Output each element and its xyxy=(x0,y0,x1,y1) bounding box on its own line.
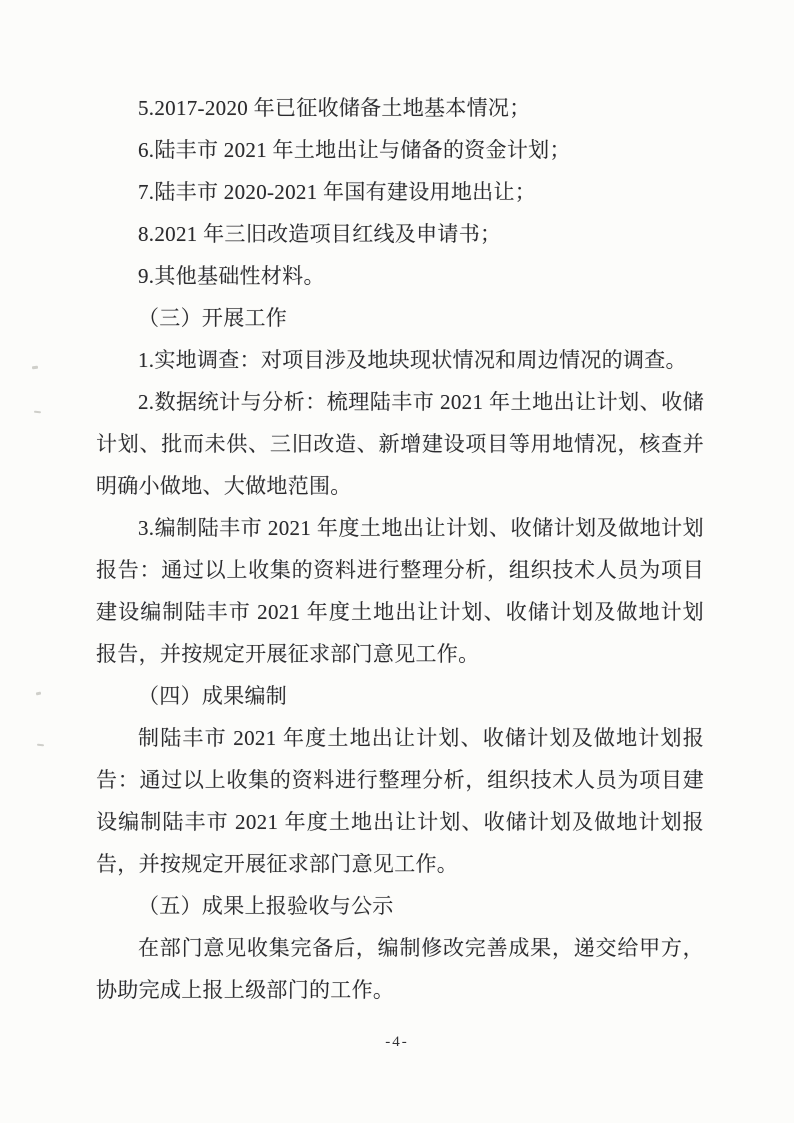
task-item-3: 3.编制陆丰市 2021 年度土地出让计划、收储计划及做地计划报告：通过以上收集… xyxy=(96,507,704,675)
list-item-7: 7.陆丰市 2020-2021 年国有建设用地出让； xyxy=(96,171,704,213)
document-body: 5.2017-2020 年已征收储备土地基本情况； 6.陆丰市 2021 年土地… xyxy=(96,87,704,1011)
list-item-5: 5.2017-2020 年已征收储备土地基本情况； xyxy=(96,87,704,129)
scan-artifact xyxy=(32,366,38,370)
task-item-2: 2.数据统计与分析：梳理陆丰市 2021 年土地出让计划、收储计划、批而未供、三… xyxy=(96,381,704,507)
list-item-8: 8.2021 年三旧改造项目红线及申请书； xyxy=(96,213,704,255)
section-heading-5: （五）成果上报验收与公示 xyxy=(96,885,704,927)
task-item-1: 1.实地调查：对项目涉及地块现状情况和周边情况的调查。 xyxy=(96,339,704,381)
scan-artifact xyxy=(34,411,41,414)
paragraph: 制陆丰市 2021 年度土地出让计划、收储计划及做地计划报告：通过以上收集的资料… xyxy=(96,717,704,885)
document-page: 5.2017-2020 年已征收储备土地基本情况； 6.陆丰市 2021 年土地… xyxy=(0,0,794,1123)
paragraph: 在部门意见收集完备后，编制修改完善成果，递交给甲方，协助完成上报上级部门的工作。 xyxy=(96,927,704,1011)
page-number: -4- xyxy=(0,1031,794,1053)
scan-artifact xyxy=(37,744,44,747)
list-item-6: 6.陆丰市 2021 年土地出让与储备的资金计划； xyxy=(96,129,704,171)
section-heading-4: （四）成果编制 xyxy=(96,675,704,717)
section-heading-3: （三）开展工作 xyxy=(96,297,704,339)
scan-artifact xyxy=(36,692,42,696)
list-item-9: 9.其他基础性材料。 xyxy=(96,255,704,297)
